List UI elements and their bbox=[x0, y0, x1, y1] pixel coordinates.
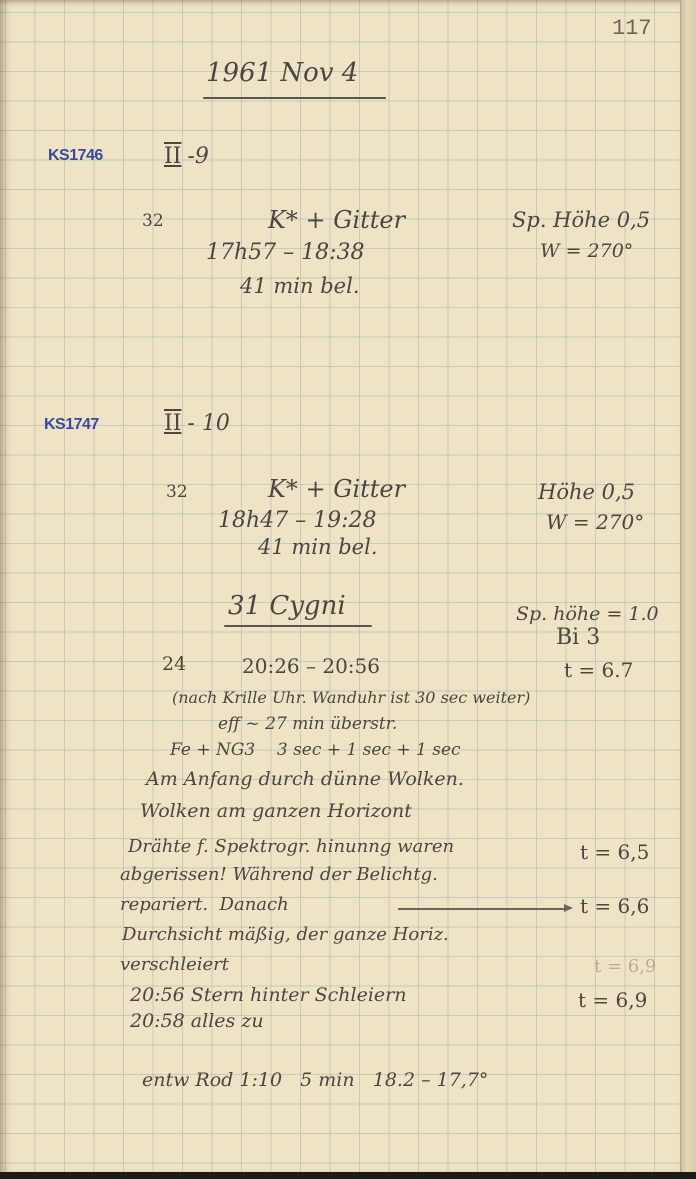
object-underline bbox=[224, 625, 372, 627]
obs-count: 24 bbox=[162, 655, 186, 674]
entry-note-angle: W = 270° bbox=[546, 512, 644, 532]
notebook-page: 117 1961 Nov 4 KS1746 II-9 32 K* + Gitte… bbox=[0, 0, 680, 1172]
obs-t-reading-faint: t = 6,9 bbox=[594, 958, 656, 976]
obs-line: Fe + NG3 3 sec + 1 sec + 1 sec bbox=[170, 742, 461, 759]
obs-line: verschleiert bbox=[120, 956, 229, 974]
entry-target: K* + Gitter bbox=[268, 477, 405, 501]
obs-line: Durchsicht mäßig, der ganze Horiz. bbox=[122, 926, 449, 944]
entry-note-angle: W = 270° bbox=[540, 242, 633, 261]
entry-time-range: 18h47 – 19:28 bbox=[218, 510, 377, 532]
entry-count: 32 bbox=[142, 213, 164, 230]
obs-time-range: 20:26 – 20:56 bbox=[242, 656, 380, 676]
plate-id: II-9 bbox=[164, 146, 209, 168]
obs-line: Drähte f. Spektrogr. hinunng waren bbox=[128, 838, 454, 856]
obs-line: Am Anfang durch dünne Wolken. bbox=[146, 770, 464, 789]
obs-t-start: t = 6.7 bbox=[564, 660, 633, 680]
obs-line: 20:56 Stern hinter Schleiern bbox=[130, 986, 406, 1005]
object-heading: 31 Cygni bbox=[228, 593, 346, 619]
plate-id: II- 10 bbox=[164, 413, 230, 435]
catalog-id: KS1746 bbox=[48, 148, 103, 164]
arrow-head-icon bbox=[564, 904, 573, 912]
date-underline bbox=[203, 97, 386, 99]
obs-line: eff ~ 27 min überstr. bbox=[218, 716, 397, 733]
obs-line: Wolken am ganzen Horizont bbox=[140, 802, 412, 821]
obs-line: 20:58 alles zu bbox=[130, 1012, 264, 1031]
arrow-line bbox=[398, 908, 566, 910]
plate-suffix: - 10 bbox=[187, 411, 229, 436]
obs-line: abgerissen! Während der Belichtg. bbox=[120, 866, 438, 884]
entry-note-height: Sp. Höhe 0,5 bbox=[512, 210, 650, 231]
entry-target: K* + Gitter bbox=[268, 208, 405, 232]
page-number: 117 bbox=[612, 18, 652, 40]
entry-exposure: 41 min bel. bbox=[258, 537, 378, 558]
obs-t-reading: t = 6,5 bbox=[580, 842, 649, 862]
scan-border bbox=[0, 1172, 696, 1179]
entry-time-range: 17h57 – 18:38 bbox=[206, 242, 365, 264]
obs-note-height: Sp. höhe = 1.0 bbox=[516, 605, 659, 624]
page-edge bbox=[680, 0, 696, 1172]
obs-t-reading: t = 6,9 bbox=[578, 990, 647, 1010]
obs-note-bi: Bi 3 bbox=[556, 627, 600, 649]
plate-roman: II bbox=[164, 411, 181, 436]
obs-t-reading: t = 6,6 bbox=[580, 896, 649, 916]
date-heading: 1961 Nov 4 bbox=[206, 60, 358, 86]
development-note: entw Rod 1:10 5 min 18.2 – 17,7° bbox=[142, 1071, 488, 1090]
obs-line: repariert. Danach bbox=[120, 896, 289, 914]
entry-note-height: Höhe 0,5 bbox=[538, 482, 635, 503]
plate-suffix: -9 bbox=[187, 144, 208, 169]
plate-roman: II bbox=[164, 144, 181, 169]
catalog-id: KS1747 bbox=[44, 417, 99, 433]
entry-exposure: 41 min bel. bbox=[240, 276, 360, 297]
entry-count: 32 bbox=[166, 484, 188, 501]
obs-line: (nach Krille Uhr. Wanduhr ist 30 sec wei… bbox=[172, 690, 530, 706]
